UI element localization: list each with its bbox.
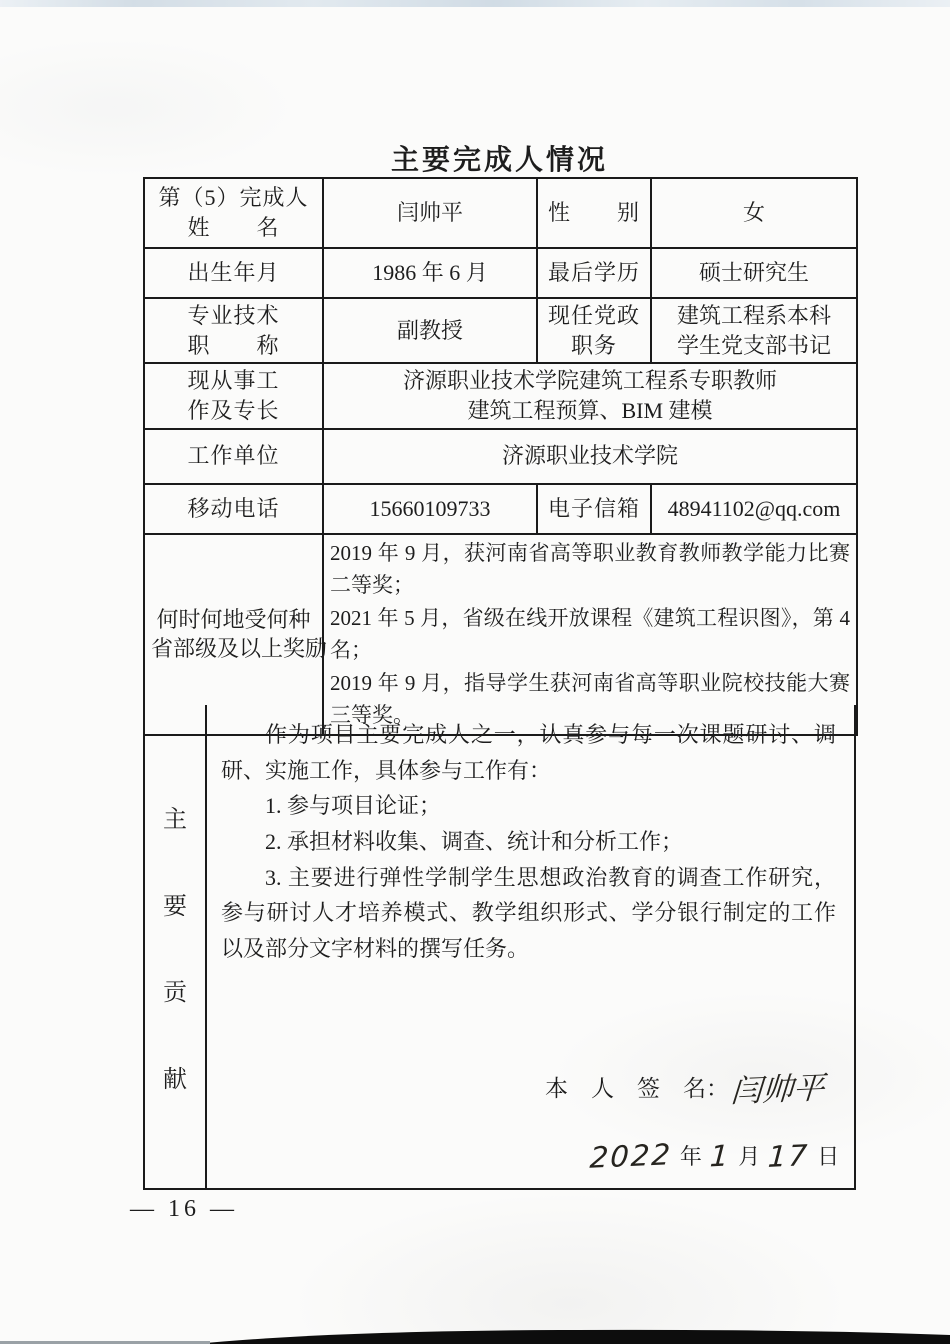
education-label: 最后学历 <box>537 248 651 298</box>
name-label: 姓 名 <box>151 213 316 243</box>
name-label-cell: 第（5）完成人 姓 名 <box>144 178 323 248</box>
contributor-info-table: 第（5）完成人 姓 名 闫帅平 性 别 女 出生年月 1986 年 6 月 最后… <box>143 177 858 736</box>
current-work-label-line1: 现从事工 <box>151 366 316 396</box>
scan-bottom-edge <box>0 1322 950 1344</box>
contribution-paragraph: 3. 主要进行弹性学制学生思想政治教育的调查工作研究，参与研讨人才培养模式、教学… <box>221 860 836 967</box>
gender-label: 性 别 <box>537 178 651 248</box>
award-item: 2021 年 5 月，省级在线开放课程《建筑工程识图》，第 4 名； <box>330 602 850 667</box>
signature-date-line: 2022年1月17日 <box>590 1133 847 1180</box>
current-work-label-line2: 作及专长 <box>151 396 316 426</box>
date-month-unit: 月 <box>738 1144 760 1169</box>
birth-value: 1986 年 6 月 <box>323 248 537 298</box>
party-duty-label-line1: 现任党政 <box>544 301 644 331</box>
side-label-char: 要 <box>163 886 187 921</box>
party-duty-value-cell: 建筑工程系本科 学生党支部书记 <box>651 298 857 363</box>
phone-value: 15660109733 <box>323 484 537 534</box>
party-duty-value-line2: 学生党支部书记 <box>658 331 850 361</box>
table-row: 移动电话 15660109733 电子信箱 48941102@qq.com <box>144 484 857 534</box>
contribution-paragraph: 1. 参与项目论证； <box>221 788 836 824</box>
professional-title-label-line1: 专业技术 <box>151 301 316 331</box>
table-row: 现从事工 作及专长 济源职业技术学院建筑工程系专职教师 建筑工程预算、BIM 建… <box>144 363 857 428</box>
email-value: 48941102@qq.com <box>651 484 857 534</box>
awards-label-line2: 省部级及以上奖励 <box>151 634 316 664</box>
completer-number-label: 第（5）完成人 <box>151 183 316 213</box>
current-work-value-cell: 济源职业技术学院建筑工程系专职教师 建筑工程预算、BIM 建模 <box>323 363 857 428</box>
party-duty-label-line2: 职务 <box>544 331 644 361</box>
main-contribution-label: 主 要 贡 献 <box>145 705 207 1188</box>
employer-value: 济源职业技术学院 <box>323 429 857 484</box>
professional-title-label-line2: 职 称 <box>151 331 316 361</box>
education-value: 硕士研究生 <box>651 248 857 298</box>
email-label: 电子信箱 <box>537 484 651 534</box>
main-contribution-content: 作为项目主要完成人之一，认真参与每一次课题研讨、调研、实施工作，具体参与工作有：… <box>207 705 854 1188</box>
signature-name-handwriting: 闫帅平 <box>729 1063 825 1117</box>
table-row: 第（5）完成人 姓 名 闫帅平 性 别 女 <box>144 178 857 248</box>
party-duty-label-cell: 现任党政 职务 <box>537 298 651 363</box>
gender-value: 女 <box>651 178 857 248</box>
side-label-char: 献 <box>163 1059 187 1094</box>
current-work-label-cell: 现从事工 作及专长 <box>144 363 323 428</box>
birth-label: 出生年月 <box>144 248 323 298</box>
table-row: 工作单位 济源职业技术学院 <box>144 429 857 484</box>
side-label-char: 主 <box>163 799 187 834</box>
awards-label-line1: 何时何地受何种 <box>151 605 316 635</box>
professional-title-value: 副教授 <box>323 298 537 363</box>
table-row: 出生年月 1986 年 6 月 最后学历 硕士研究生 <box>144 248 857 298</box>
table-row: 专业技术 职 称 副教授 现任党政 职务 建筑工程系本科 学生党支部书记 <box>144 298 857 363</box>
page-number: — 16 — <box>130 1196 238 1223</box>
signature-label: 本 人 签 名： <box>545 1076 729 1101</box>
current-work-value-line2: 建筑工程预算、BIM 建模 <box>330 396 850 426</box>
date-month-handwriting: 1 <box>708 1133 731 1181</box>
signature-line: 本 人 签 名：闫帅平 <box>545 1065 824 1115</box>
scan-top-edge <box>0 0 950 7</box>
date-day-unit: 日 <box>817 1144 839 1169</box>
date-day-handwriting: 17 <box>767 1132 811 1181</box>
contribution-paragraph: 2. 承担材料收集、调查、统计和分析工作； <box>221 824 836 860</box>
professional-title-label-cell: 专业技术 职 称 <box>144 298 323 363</box>
page-title: 主要完成人情况 <box>143 138 856 178</box>
party-duty-value-line1: 建筑工程系本科 <box>658 301 850 331</box>
date-year-handwriting: 2022 <box>588 1131 673 1181</box>
award-item: 2019 年 9 月，获河南省高等职业教育教师教学能力比赛二等奖； <box>330 537 850 602</box>
date-year-unit: 年 <box>680 1144 702 1169</box>
employer-label: 工作单位 <box>144 429 323 484</box>
name-value: 闫帅平 <box>323 178 537 248</box>
phone-label: 移动电话 <box>144 484 323 534</box>
contribution-paragraph: 作为项目主要完成人之一，认真参与每一次课题研讨、调研、实施工作，具体参与工作有： <box>221 717 836 788</box>
side-label-char: 贡 <box>163 972 187 1007</box>
main-contribution-row: 主 要 贡 献 作为项目主要完成人之一，认真参与每一次课题研讨、调研、实施工作，… <box>143 705 856 1190</box>
current-work-value-line1: 济源职业技术学院建筑工程系专职教师 <box>330 366 850 396</box>
